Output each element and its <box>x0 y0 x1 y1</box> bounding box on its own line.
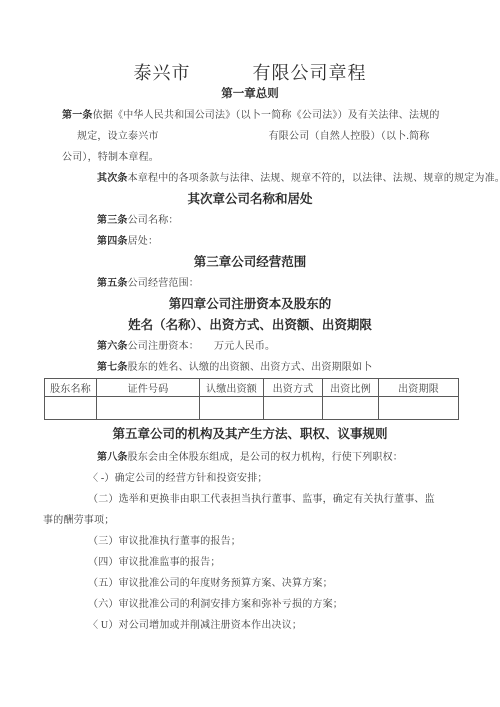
article-6-text-b: 万元人民币。 <box>214 341 275 352</box>
shareholder-table-header-row: 股东名称 证件号码 认缴出资额 出资方式 出资比例 出资期限 <box>45 379 459 397</box>
article-8-line: 第八条股东会由全体股东组成，是公司的权力机构，行使下列职权： <box>43 447 500 468</box>
article-5-label: 第五条 <box>97 278 128 289</box>
article-3-label: 第三条 <box>97 215 128 226</box>
column-header-subscribed-capital: 认缴出资额 <box>200 379 264 397</box>
column-header-shareholder-name: 股东名称 <box>45 379 97 397</box>
power-item-2-line-1: （二）选举和更换非由职工代表担当执行董事、监事，确定有关执行董事、监 <box>43 489 500 510</box>
article-4-line: 第四条居处： <box>43 231 500 252</box>
article-1-line-2: 规定，设立泰兴市有限公司（自然人控股）（以卜.简称 <box>43 126 500 147</box>
power-item-2-line-2: 事的酬劳事项； <box>43 510 500 531</box>
empty-cell-contribution-method <box>264 397 323 420</box>
empty-cell-contribution-term <box>379 397 459 420</box>
article-1-text-2a: 规定，设立泰兴市 <box>77 131 159 142</box>
shareholder-table: 股东名称 证件号码 认缴出资额 出资方式 出资比例 出资期限 <box>44 378 459 420</box>
article-2-text: 本章程中的各项条款与法律、法规、规章不符的，以法律、法规、规章的规定为准。 <box>128 173 500 184</box>
chapter-3-heading: 第三章公司经营范围 <box>0 252 500 273</box>
chapter-4-heading-line-1: 第四章公司注册资本及股东的 <box>0 294 500 315</box>
article-1-line-3: 公司），特制本章程。 <box>43 147 500 168</box>
empty-cell-shareholder-name <box>45 397 97 420</box>
article-3-line: 第三条公司名称： <box>43 210 500 231</box>
chapter-5-heading: 第五章公司的机构及其产生方法、职权、议事规则 <box>0 424 500 445</box>
article-8-text: 股东会由全体股东组成，是公司的权力机构，行使下列职权： <box>128 452 403 463</box>
article-1-line-1: 第一条依据《中华人民共和国公司法》（以卜一简称《公司法》）及有关法律、法规的 <box>43 105 500 126</box>
power-item-3: （三）审议批准执行董事的报告； <box>43 531 500 552</box>
power-item-6: （六）审议批准公司的利洞安排方案和弥补亏损的方案； <box>43 594 500 615</box>
article-8-label: 第八条 <box>97 452 128 463</box>
article-7-line: 第七条股东的姓名、认缴的出资额、出资方式、出资期限如卜 <box>43 357 500 378</box>
article-7-label: 第七条 <box>97 362 128 373</box>
article-6-label: 第六条 <box>97 341 128 352</box>
chapter-4-heading-line-2: 姓名（名称）、出资方式、出资额、出资期限 <box>0 315 500 336</box>
article-7-text: 股东的姓名、认缴的出资额、出资方式、出资期限如卜 <box>128 362 373 373</box>
empty-cell-contribution-ratio <box>323 397 379 420</box>
empty-cell-subscribed-capital <box>200 397 264 420</box>
column-header-contribution-term: 出资期限 <box>379 379 459 397</box>
article-2-line: 其次条本章程中的各项条款与法律、法规、规章不符的，以法律、法规、规章的规定为准。 <box>43 168 500 189</box>
article-5-line: 第五条公司经营范围： <box>43 273 500 294</box>
column-header-contribution-ratio: 出资比例 <box>323 379 379 397</box>
power-item-1: 〈 -）确定公司的经营方针和投资安排； <box>43 468 500 489</box>
power-item-7: 〈 U）对公司增加或并削减注册资本作出决议； <box>43 615 500 636</box>
empty-cell-id-number <box>97 397 200 420</box>
power-item-4: （四）审议批准监事的报告； <box>43 552 500 573</box>
column-header-id-number: 证件号码 <box>97 379 200 397</box>
article-1-text-2b: 有限公司（自然人控股）（以卜.简称 <box>269 131 430 142</box>
document-page: 泰兴市有限公司章程 第一章总则 第一条依据《中华人民共和国公司法》（以卜一简称《… <box>0 0 500 707</box>
title-company-suffix: 有限公司章程 <box>253 63 367 83</box>
title-city-prefix: 泰兴市 <box>134 63 191 83</box>
article-6-line: 第六条公司注册资本：万元人民币。 <box>43 336 500 357</box>
article-4-label: 第四条 <box>97 236 128 247</box>
article-1-text-1: 依据《中华人民共和国公司法》（以卜一简称《公司法》）及有关法律、法规的 <box>93 110 440 121</box>
article-1-label: 第一条 <box>62 110 93 121</box>
document-title: 泰兴市有限公司章程 <box>0 59 500 84</box>
chapter-1-heading: 第一章总则 <box>0 84 500 105</box>
chapter-2-heading: 其次章公司名称和居处 <box>0 189 500 210</box>
shareholder-table-empty-row <box>45 397 459 420</box>
article-3-text: 公司名称： <box>128 215 179 226</box>
power-item-5: （五）审议批准公司的年度财务预算方案、决算方案； <box>43 573 500 594</box>
article-6-text-a: 公司注册资本： <box>128 341 199 352</box>
article-5-text: 公司经营范围： <box>128 278 199 289</box>
column-header-contribution-method: 出资方式 <box>264 379 323 397</box>
article-4-text: 居处： <box>128 236 159 247</box>
article-2-label: 其次条 <box>97 173 128 184</box>
